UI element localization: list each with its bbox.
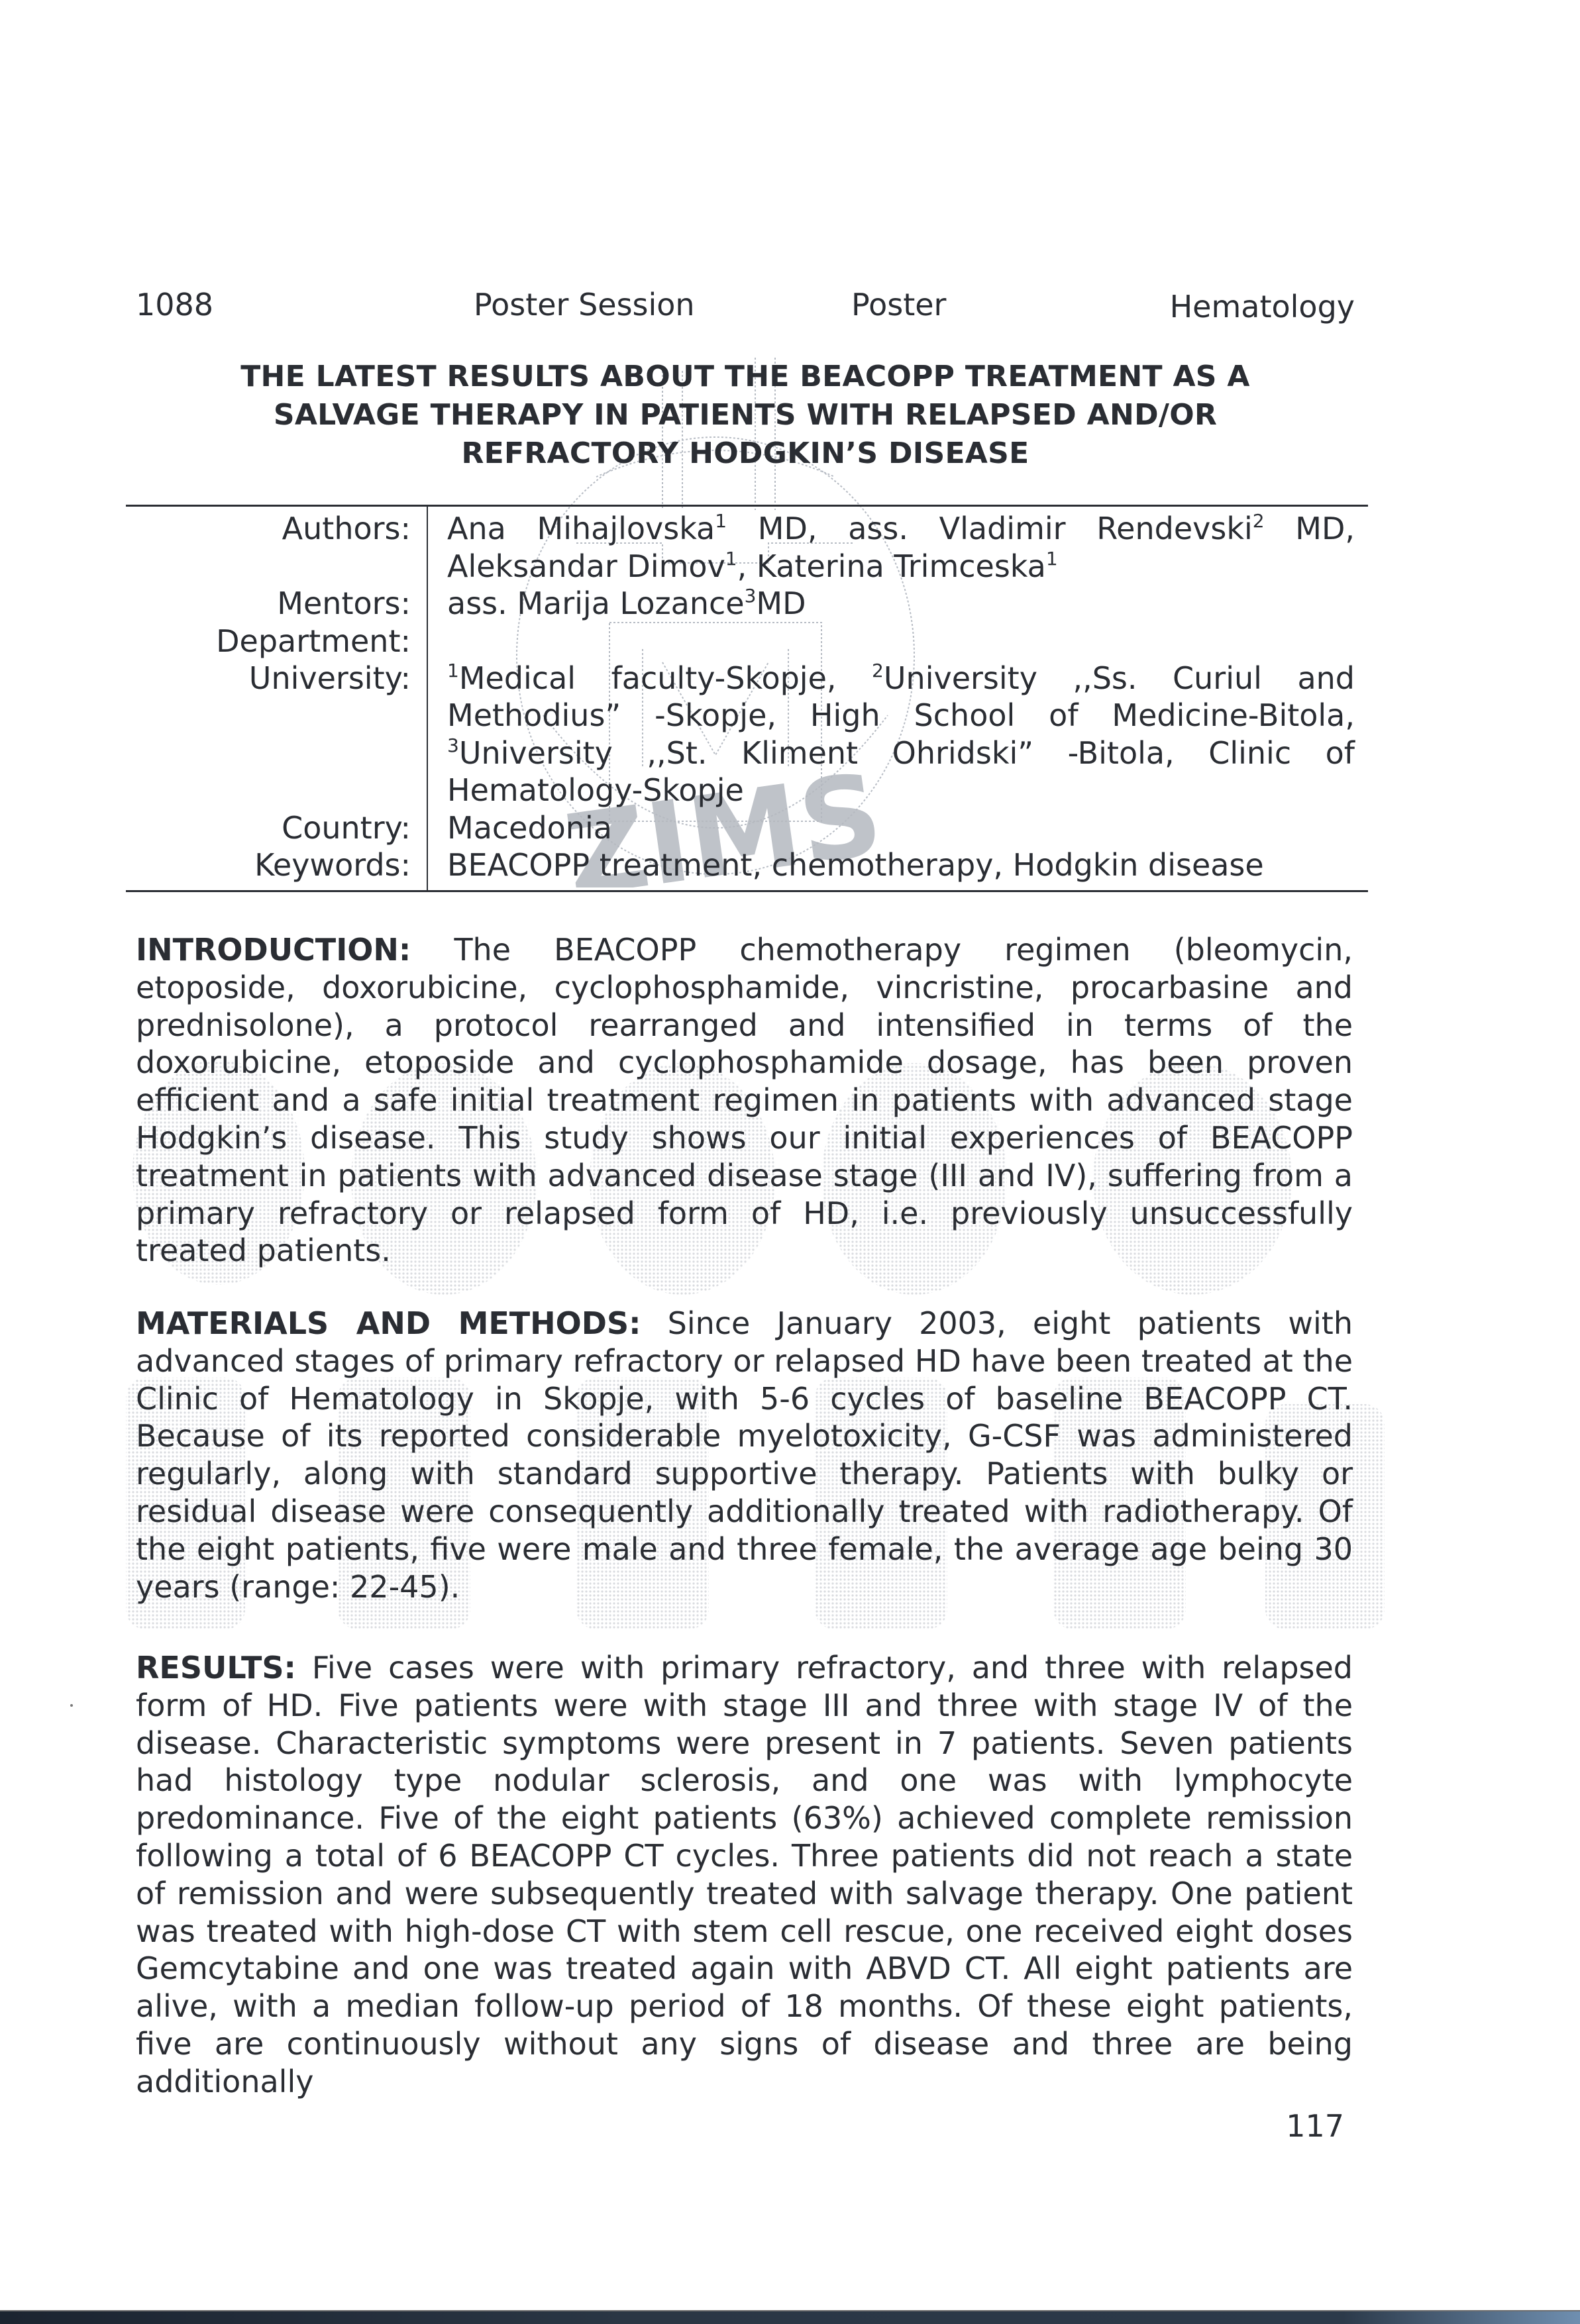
- scan-speck: [70, 1704, 73, 1707]
- affiliation-mark: 1: [447, 660, 459, 682]
- introduction-heading: INTRODUCTION:: [136, 932, 411, 968]
- abstract-number: 1088: [136, 285, 213, 325]
- keywords-label: Keywords:: [126, 846, 427, 884]
- methods-section: MATERIALS AND METHODS: Since January 200…: [136, 1305, 1353, 1605]
- university-row: University: 1Medical faculty-Skopje, 2Un…: [126, 660, 1368, 809]
- presentation-type: Poster: [851, 285, 946, 325]
- mentor-name: ass. Marija Lozance: [447, 585, 745, 621]
- author-suffix: MD,: [1265, 511, 1355, 546]
- country-label: Country:: [126, 809, 427, 847]
- mentors-row: Mentors: ass. Marija Lozance3MD: [126, 585, 1368, 623]
- title-line: THE LATEST RESULTS ABOUT THE BEACOPP TRE…: [136, 358, 1355, 396]
- results-section: RESULTS: Five cases were with primary re…: [136, 1649, 1353, 2101]
- results-heading: RESULTS:: [136, 1650, 296, 1686]
- author-name: Aleksandar Dimov: [447, 548, 725, 584]
- affiliation-mark: 3: [745, 585, 757, 607]
- affiliation-mark: 1: [725, 548, 737, 570]
- university-value: 1Medical faculty-Skopje, 2University ,,S…: [427, 660, 1355, 809]
- affiliation-mark: 2: [1253, 510, 1265, 532]
- methods-heading: MATERIALS AND METHODS:: [136, 1305, 641, 1341]
- affiliation-mark: 1: [715, 510, 727, 532]
- abstract-header: 1088 Poster Session Poster Hematology: [136, 285, 1355, 325]
- university-label: University:: [126, 660, 427, 809]
- country-row: Country: Macedonia: [126, 809, 1368, 847]
- department-label: Department:: [126, 623, 427, 660]
- department-value: [427, 623, 1355, 660]
- table-top-rule: [126, 505, 1368, 507]
- authors-line-2: Aleksandar Dimov1, Katerina Trimceska1: [447, 548, 1355, 585]
- department-row: Department:: [126, 623, 1368, 660]
- table-bottom-rule: [126, 890, 1368, 892]
- author-name: , Katerina Trimceska: [737, 548, 1046, 584]
- mentors-label: Mentors:: [126, 585, 427, 623]
- session-label: Poster Session: [474, 285, 695, 325]
- author-name: Ana Mihajlovska: [447, 511, 715, 546]
- results-text: Five cases were with primary refractory,…: [136, 1650, 1353, 2099]
- abstract-title: THE LATEST RESULTS ABOUT THE BEACOPP TRE…: [136, 358, 1355, 473]
- mentor-suffix: MD: [756, 585, 806, 621]
- introduction-section: INTRODUCTION: The BEACOPP chemotherapy r…: [136, 931, 1353, 1270]
- affiliation-mark: 2: [872, 660, 884, 682]
- institution: Medical faculty-Skopje,: [459, 660, 872, 696]
- keywords-value: BEACOPP treatment, chemotherapy, Hodgkin…: [427, 846, 1355, 884]
- authors-row: Authors: Ana Mihajlovska1 MD, ass. Vladi…: [126, 510, 1368, 585]
- authors-line-1: Ana Mihajlovska1 MD, ass. Vladimir Rende…: [447, 510, 1355, 548]
- author-name: MD, ass. Vladimir Rendevski: [727, 511, 1253, 546]
- keywords-row: Keywords: BEACOPP treatment, chemotherap…: [126, 846, 1368, 884]
- authors-label: Authors:: [126, 510, 427, 585]
- affiliation-mark: 3: [447, 734, 459, 756]
- introduction-text: The BEACOPP chemotherapy regimen (bleomy…: [136, 932, 1353, 1268]
- mentors-value: ass. Marija Lozance3MD: [427, 585, 1355, 623]
- author-info-table: Authors: Ana Mihajlovska1 MD, ass. Vladi…: [126, 510, 1368, 884]
- title-line: REFRACTORY HODGKIN’S DISEASE: [136, 434, 1355, 473]
- document-page: ZIMS 1088 Poster Session Poster Hem: [0, 0, 1580, 2324]
- title-line: SALVAGE THERAPY IN PATIENTS WITH RELAPSE…: [136, 396, 1355, 434]
- topic-label: Hematology: [1170, 287, 1355, 327]
- page-number: 117: [1286, 2106, 1344, 2146]
- affiliation-mark: 1: [1046, 548, 1058, 570]
- institution: University ,,St. Kliment Ohridski” -Bito…: [447, 735, 1355, 809]
- scanner-edge: [0, 2310, 1580, 2324]
- authors-value: Ana Mihajlovska1 MD, ass. Vladimir Rende…: [427, 510, 1355, 585]
- country-value: Macedonia: [427, 809, 1355, 847]
- methods-text: Since January 2003, eight patients with …: [136, 1305, 1353, 1605]
